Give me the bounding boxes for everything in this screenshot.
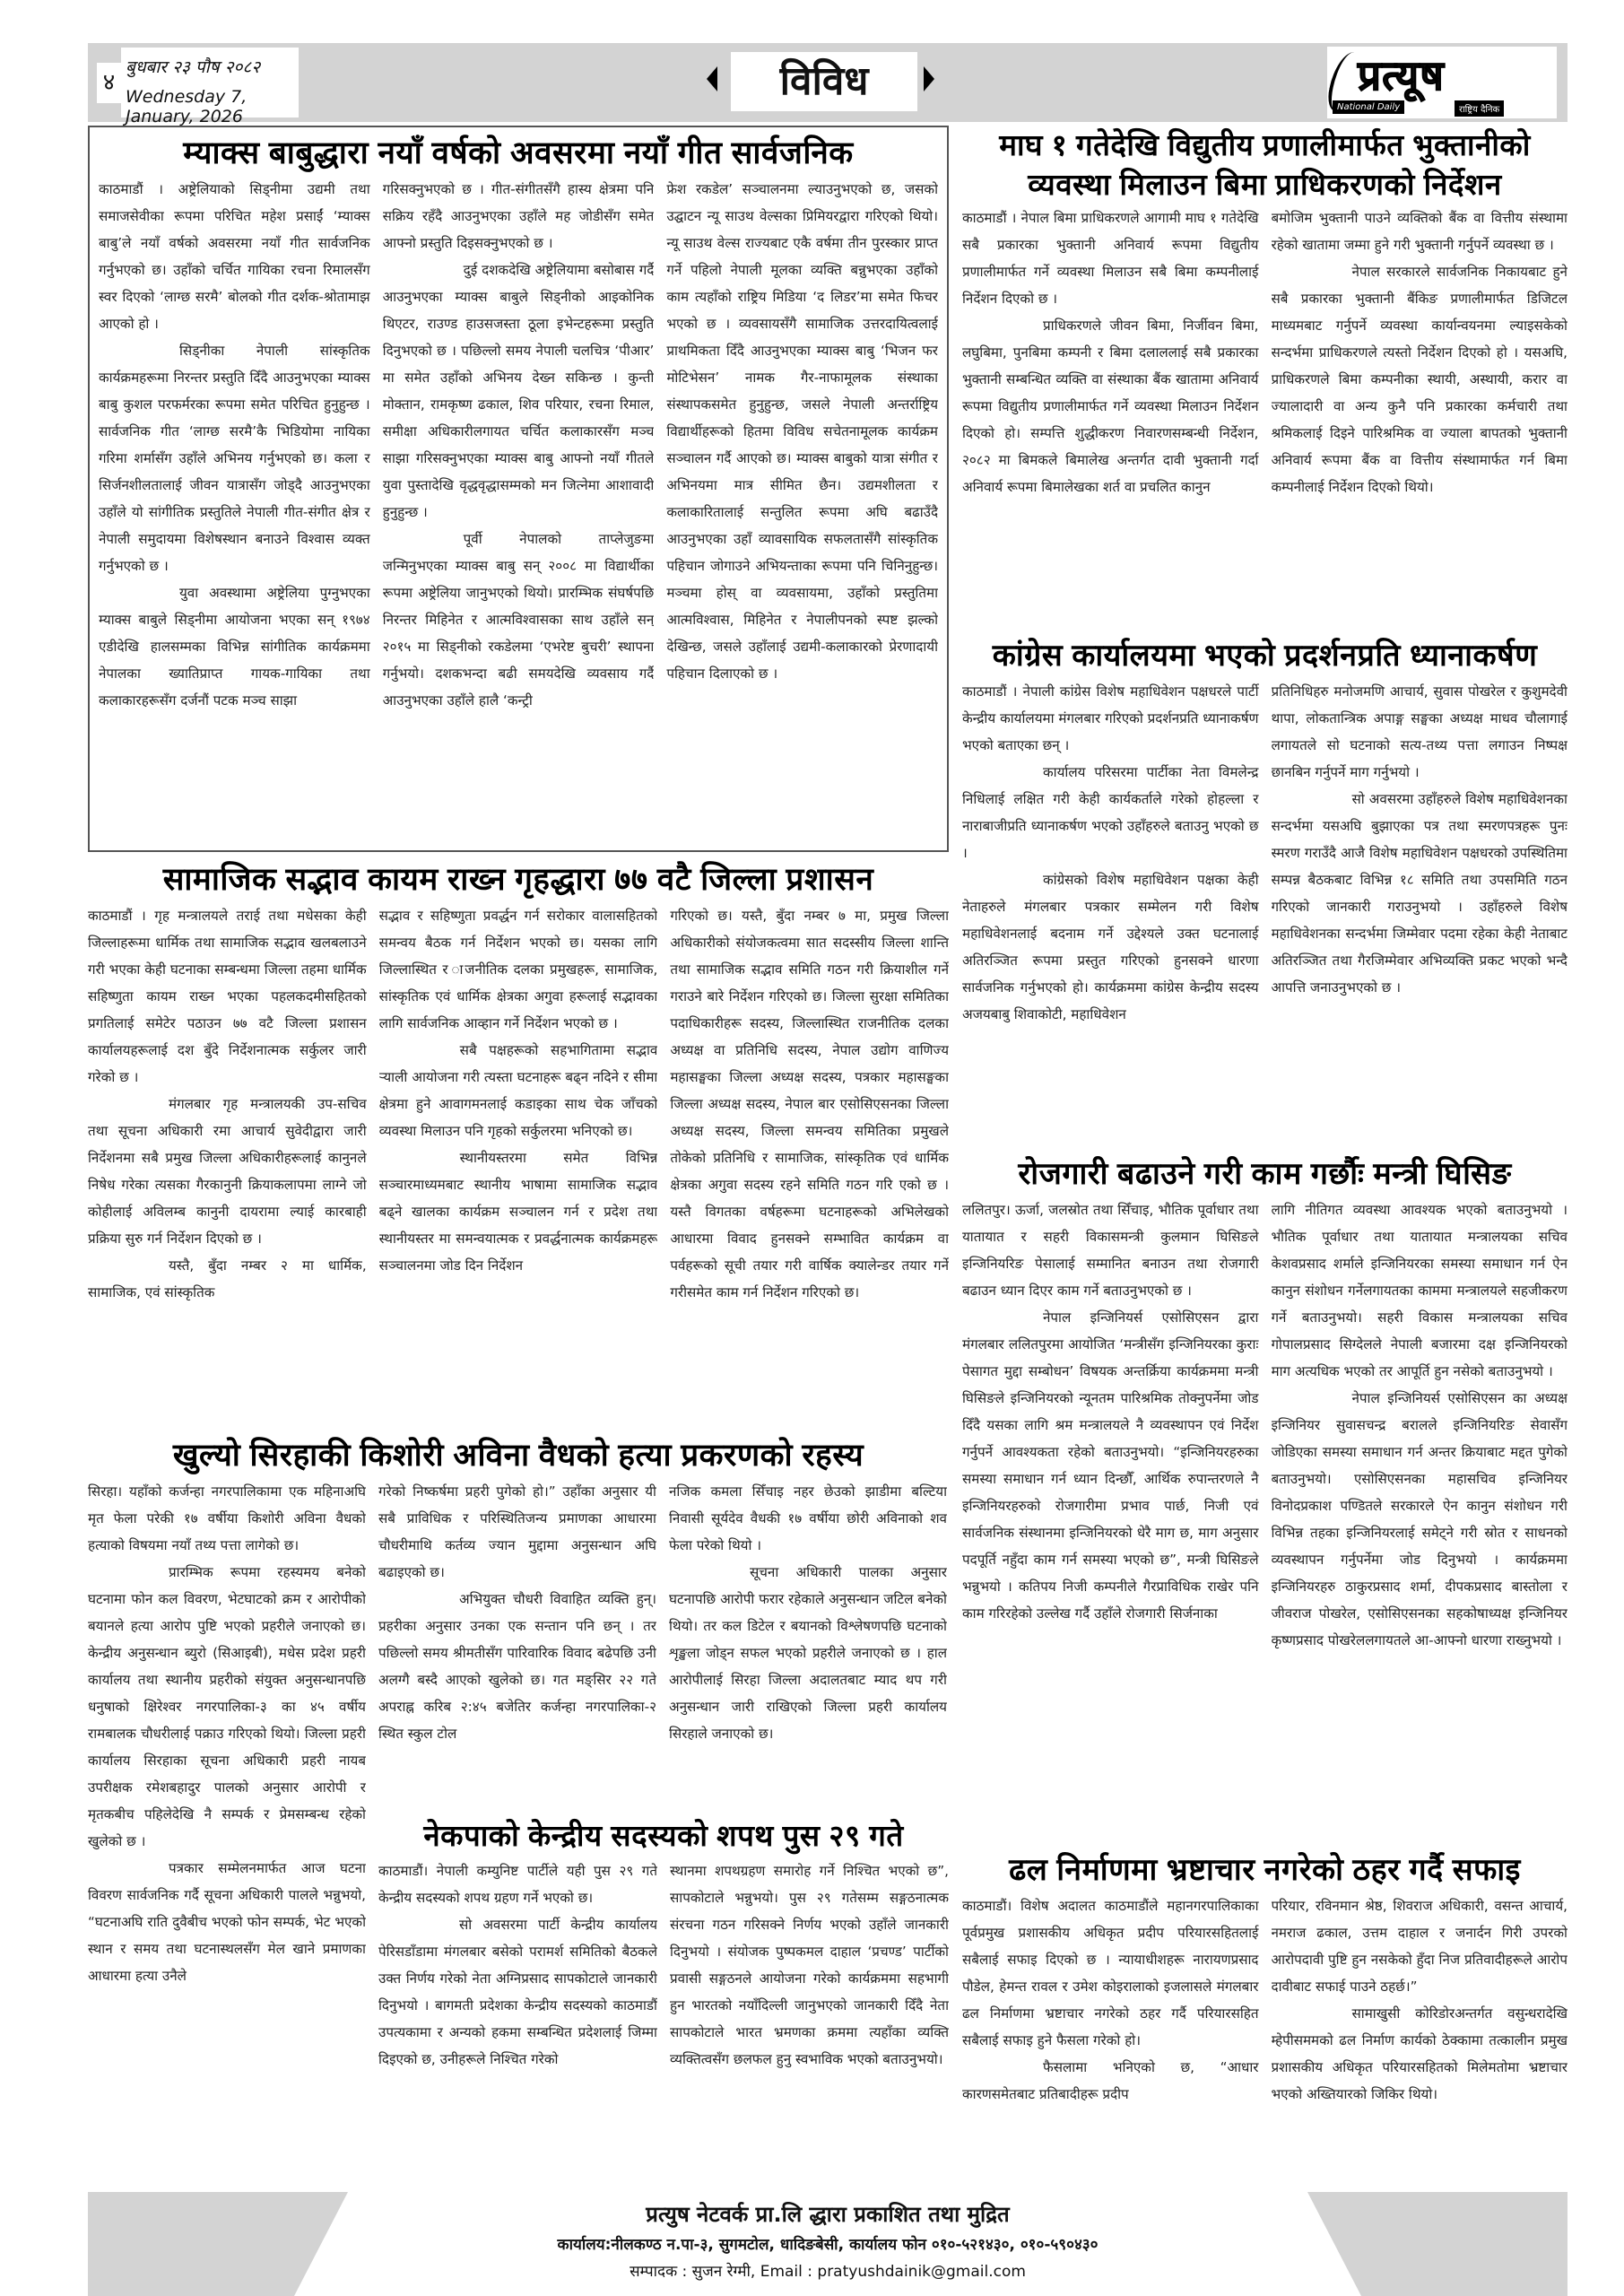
article-column: लागि नीतिगत व्यवस्था आवश्यक भएको बताउनुभ… [1272, 1196, 1568, 1835]
triangle-right-icon [924, 66, 934, 91]
article-nekapa: नेकपाको केन्द्रीय सदस्यको शपथ पुस २९ गते… [378, 1814, 949, 2191]
page-number: ४ [97, 63, 121, 103]
article-headline: खुल्यो सिरहाकी किशोरी अविना वैधको हत्या … [88, 1433, 949, 1478]
article-headline: माघ १ गतेदेखि विद्युतीय प्रणालीमार्फत भु… [962, 126, 1568, 165]
article-column: नजिक कमला सिँचाइ नहर छेउको झाडीमा बल्टिय… [669, 1478, 947, 1855]
article-column: सिरहा। यहाँको कर्जन्हा नगरपालिकामा एक मह… [88, 1478, 366, 2187]
section-title: विविध [731, 52, 917, 111]
article-headline: ढल निर्माणमा भ्रष्टाचार नगरेको ठहर गर्दै… [962, 1848, 1568, 1892]
publisher-line: प्रत्युष नेटवर्क प्रा.लि द्धारा प्रकाशित… [294, 2199, 1361, 2229]
date-english: Wednesday 7, January, 2026 [126, 87, 299, 126]
logo-tag-english: National Daily [1333, 100, 1404, 114]
article-column: प्रतिनिधिहरु मनोजमणि आचार्य, सुवास पोखरे… [1272, 678, 1568, 1135]
article-ghising: रोजगारी बढाउने गरी काम गर्छौः मन्त्री घि… [962, 1152, 1568, 1842]
article-column: काठमाडौं । अष्ट्रेलियाको सिड्नीमा उद्यमी… [99, 176, 370, 714]
article-dhal: ढल निर्माणमा भ्रष्टाचार नगरेको ठहर गर्दै… [962, 1848, 1568, 2192]
article-column: गरिसक्नुभएको छ । गीत-संगीतसँगै हास्य क्ष… [383, 176, 655, 714]
article-insurance: माघ १ गतेदेखि विद्युतीय प्रणालीमार्फत भु… [962, 126, 1568, 592]
article-headline: म्याक्स बाबुद्धारा नयाँ वर्षको अवसरमा नय… [99, 133, 938, 174]
article-column: काठमाडौं। विशेष अदालत काठमाडौंले महानगरप… [962, 1892, 1259, 2188]
article-column: काठमाडौं । नेपाली कांग्रेस विशेष महाधिवे… [962, 678, 1259, 1135]
article-column: गरिएको छ। यस्तै, बुँदा नम्बर ७ मा, प्रमु… [670, 902, 949, 1427]
date-box: बुधबार २३ पौष २०८२ Wednesday 7, January,… [121, 48, 299, 117]
article-column: फ्रेश रकडेल’ सञ्चालनमा ल्याउनुभएको छ, जस… [666, 176, 938, 714]
logo-tag-nepali: राष्ट्रिय दैनिक [1455, 100, 1504, 117]
article-column: काठमाडौं । गृह मन्त्रालयले तराई तथा मधेस… [88, 902, 367, 1427]
article-headline: नेकपाको केन्द्रीय सदस्यको शपथ पुस २९ गते [378, 1814, 949, 1857]
article-column: ललितपुर। ऊर्जा, जलस्रोत तथा सिँचाइ, भौति… [962, 1196, 1259, 1835]
article-column: बमोजिम भुक्तानी पाउने व्यक्तिको बैंक वा … [1272, 204, 1568, 581]
logo-wordmark: प्रत्यूष [1358, 47, 1445, 102]
article-headline-line2: व्यवस्था मिलाउन बिमा प्राधिकरणको निर्देश… [962, 165, 1568, 204]
office-address: कार्यालय:नीलकण्ठ न.पा-३, सुगमटोल, धादिङब… [294, 2233, 1361, 2254]
article-congress: कांग्रेस कार्यालयमा भएको प्रदर्शनप्रति ध… [962, 633, 1568, 1144]
footer-panel: प्रत्युष नेटवर्क प्रा.लि द्धारा प्रकाशित… [294, 2192, 1361, 2296]
article-headline: सामाजिक सद्भाव कायम राख्न गृहद्धारा ७७ व… [88, 857, 949, 902]
article-max-babu: म्याक्स बाबुद्धारा नयाँ वर्षको अवसरमा नय… [88, 126, 949, 852]
footer-imprint: प्रत्युष नेटवर्क प्रा.लि द्धारा प्रकाशित… [88, 2192, 1568, 2296]
article-headline: कांग्रेस कार्यालयमा भएको प्रदर्शनप्रति ध… [962, 633, 1568, 678]
newspaper-logo: प्रत्यूष National Daily राष्ट्रिय दैनिक [1327, 47, 1557, 118]
newspaper-page: ४ बुधबार २३ पौष २०८२ Wednesday 7, Januar… [88, 43, 1568, 122]
triangle-left-icon [707, 66, 717, 91]
article-column: सद्भाव र सहिष्णुता प्रवर्द्धन गर्न सरोका… [379, 902, 658, 1427]
masthead: ४ बुधबार २३ पौष २०८२ Wednesday 7, Januar… [88, 43, 1568, 122]
editor-email: सम्पादक : सुजन रेग्मी, Email : pratyushd… [294, 2260, 1361, 2281]
article-social-harmony: सामाजिक सद्भाव कायम राख्न गृहद्धारा ७७ व… [88, 857, 949, 1431]
article-column: काठमाडौं। नेपाली कम्युनिष्ट पार्टीले यही… [378, 1857, 657, 2180]
article-column: स्थानमा शपथग्रहण समारोह गर्ने निश्चित भए… [670, 1857, 949, 2180]
article-column: काठमाडौं । नेपाल बिमा प्राधिकरणले आगामी … [962, 204, 1259, 581]
date-nepali: बुधबार २३ पौष २०८२ [126, 55, 260, 78]
article-headline: रोजगारी बढाउने गरी काम गर्छौः मन्त्री घि… [962, 1152, 1568, 1196]
article-column: गरेको निष्कर्षमा प्रहरी पुगेको हो।” उहाँ… [378, 1478, 656, 1855]
article-column: परियार, रविनमान श्रेष्ठ, शिवराज अधिकारी,… [1272, 1892, 1568, 2188]
